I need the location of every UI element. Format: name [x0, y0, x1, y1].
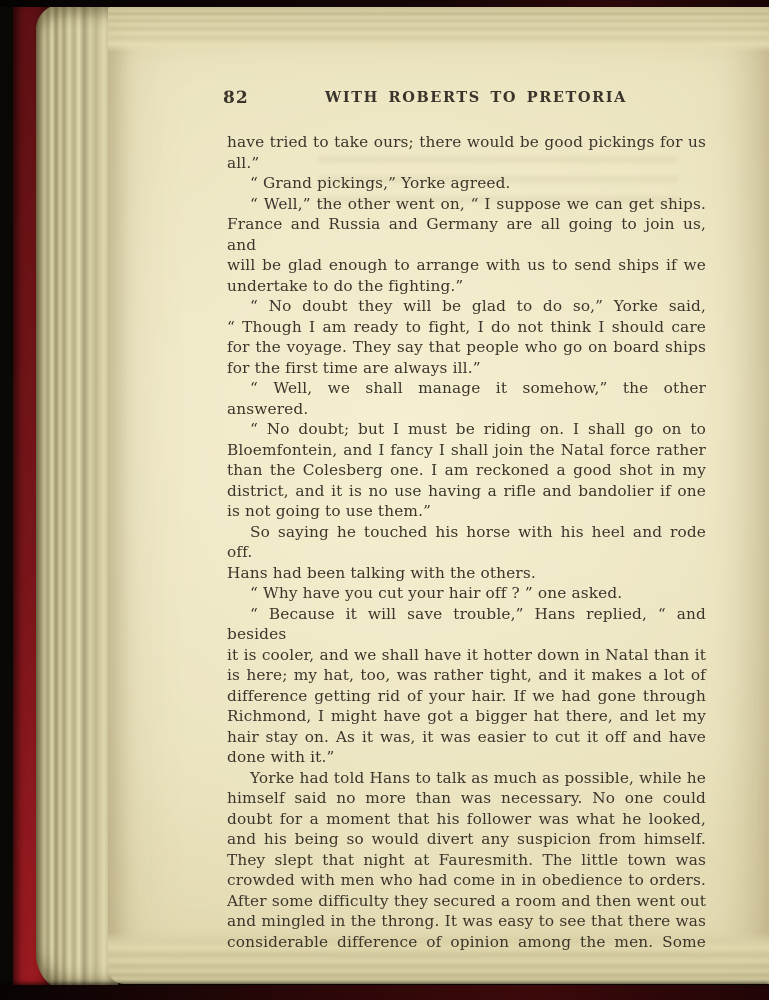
text-line: difference getting rid of your hair. If …: [227, 686, 706, 707]
page-text: have tried to take ours; there would be …: [227, 132, 706, 952]
text-line: it is cooler, and we shall have it hotte…: [227, 645, 706, 666]
text-line: is not going to use them.”: [227, 501, 706, 522]
text-line: all.”: [227, 153, 706, 174]
text-line: So saying he touched his horse with his …: [227, 522, 706, 563]
text-line: is here; my hat, too, was rather tight, …: [227, 665, 706, 686]
text-line: district, and it is no use having a rifl…: [227, 481, 706, 502]
text-line: “ No doubt; but I must be riding on. I s…: [227, 419, 706, 440]
text-line: Bloemfontein, and I fancy I shall join t…: [227, 440, 706, 461]
text-line: and his being so would divert any suspic…: [227, 829, 706, 850]
text-line: “ Well,” the other went on, “ I suppose …: [227, 194, 706, 215]
book-page: 82 WITH ROBERTS TO PRETORIA have tried t…: [108, 6, 769, 984]
bottom-border: [0, 985, 769, 1000]
text-line: for the first time are always ill.”: [227, 358, 706, 379]
text-line: for the voyage. They say that people who…: [227, 337, 706, 358]
text-line: After some difficulty they secured a roo…: [227, 891, 706, 912]
text-line: and mingled in the throng. It was easy t…: [227, 911, 706, 932]
running-title: WITH ROBERTS TO PRETORIA: [227, 89, 725, 106]
text-line: “ Well, we shall manage it somehow,” the…: [227, 378, 706, 419]
text-line: Hans had been talking with the others.: [227, 563, 706, 584]
text-line: “ Because it will save trouble,” Hans re…: [227, 604, 706, 645]
text-line: “ Though I am ready to fight, I do not t…: [227, 317, 706, 338]
text-line: himself said no more than was necessary.…: [227, 788, 706, 809]
text-line: “ No doubt they will be glad to do so,” …: [227, 296, 706, 317]
text-line: than the Colesberg one. I am reckoned a …: [227, 460, 706, 481]
text-line: have tried to take ours; there would be …: [227, 132, 706, 153]
text-line: crowded with men who had come in in obed…: [227, 870, 706, 891]
page-stack-edges: [36, 4, 118, 994]
page-top-edges: [108, 6, 769, 52]
text-line: considerable difference of opinion among…: [227, 932, 706, 953]
text-line: done with it.”: [227, 747, 706, 768]
text-line: undertake to do the fighting.”: [227, 276, 706, 297]
text-line: Richmond, I might have got a bigger hat …: [227, 706, 706, 727]
text-line: “ Why have you cut your hair off ? ” one…: [227, 583, 706, 604]
book-photo-scene: 82 WITH ROBERTS TO PRETORIA have tried t…: [0, 0, 769, 1000]
text-line: “ Grand pickings,” Yorke agreed.: [227, 173, 706, 194]
text-line: Yorke had told Hans to talk as much as p…: [227, 768, 706, 789]
text-line: They slept that night at Fauresmith. The…: [227, 850, 706, 871]
page-header: 82 WITH ROBERTS TO PRETORIA: [227, 88, 705, 114]
text-line: France and Russia and Germany are all go…: [227, 214, 706, 255]
top-border: [0, 0, 769, 7]
text-line: hair stay on. As it was, it was easier t…: [227, 727, 706, 748]
text-line: doubt for a moment that his follower was…: [227, 809, 706, 830]
text-line: will be glad enough to arrange with us t…: [227, 255, 706, 276]
